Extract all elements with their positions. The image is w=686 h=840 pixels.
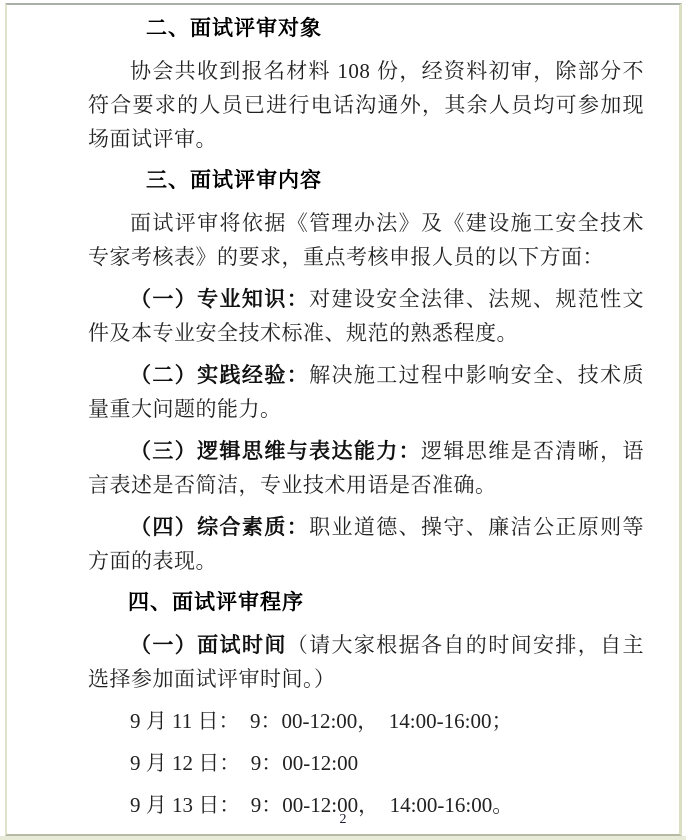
paragraph-lead: （一）专业知识： — [130, 287, 309, 311]
paragraph-lead: （三）逻辑思维与表达能力： — [130, 439, 421, 463]
paragraph-applicants: 协会共收到报名材料 108 份，经资料初审，除部分不符合要求的人员已进行电话沟通… — [88, 54, 644, 156]
paragraph-interview-time: （一）面试时间（请大家根据各自的时间安排，自主选择参加面试评审时间。） — [88, 628, 644, 696]
paragraph-lead: （一）面试时间 — [130, 633, 287, 657]
paragraph-item-1-knowledge: （一）专业知识：对建设安全法律、法规、规范性文件及本专业安全技术标准、规范的熟悉… — [88, 282, 644, 350]
paragraph-text: 协会共收到报名材料 108 份，经资料初审，除部分不符合要求的人员已进行电话沟通… — [88, 59, 644, 151]
page-number: 2 — [0, 812, 686, 828]
document-page: 二、面试评审对象 协会共收到报名材料 108 份，经资料初审，除部分不符合要求的… — [0, 0, 686, 840]
paragraph-lead: （二）实践经验： — [130, 363, 309, 387]
section-heading-3: 三、面试评审内容 — [88, 164, 644, 198]
paragraph-item-3-logic: （三）逻辑思维与表达能力：逻辑思维是否清晰，语言表述是否简洁，专业技术用语是否准… — [88, 434, 644, 502]
paragraph-lead: （四）综合素质： — [130, 515, 309, 539]
paragraph-item-4-quality: （四）综合素质：职业道德、操守、廉洁公正原则等方面的表现。 — [88, 510, 644, 578]
section-heading-4: 四、面试评审程序 — [88, 586, 644, 620]
paragraph-basis: 面试评审将依据《管理办法》及《建设施工安全技术专家考核表》的要求，重点考核申报人… — [88, 206, 644, 274]
time-slot-sep-11: 9 月 11 日： 9：00-12:00， 14:00-16:00； — [88, 704, 644, 738]
time-slot-sep-12: 9 月 12 日： 9：00-12:00 — [88, 746, 644, 780]
paragraph-text: 面试评审将依据《管理办法》及《建设施工安全技术专家考核表》的要求，重点考核申报人… — [88, 211, 644, 269]
section-heading-2: 二、面试评审对象 — [88, 12, 644, 46]
page-bottom-edge — [0, 836, 686, 840]
document-body: 二、面试评审对象 协会共收到报名材料 108 份，经资料初审，除部分不符合要求的… — [88, 12, 644, 830]
paragraph-item-2-experience: （二）实践经验：解决施工过程中影响安全、技术质量重大问题的能力。 — [88, 358, 644, 426]
